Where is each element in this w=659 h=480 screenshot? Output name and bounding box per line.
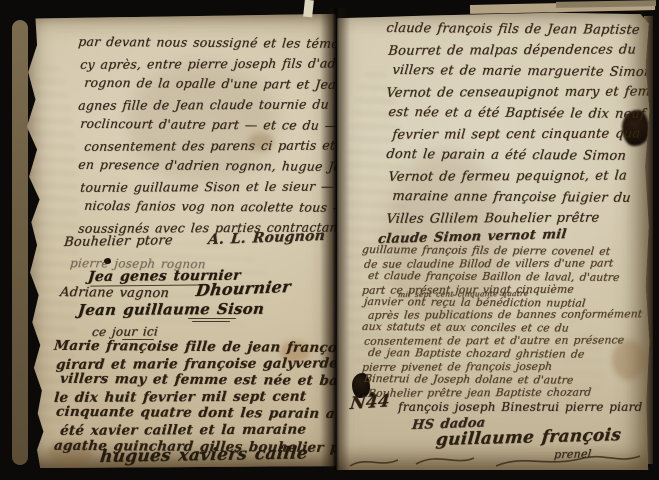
- signature-caille: hugues xaviers caille: [99, 443, 309, 467]
- signature-binestrui: françois joseph Binestrui pierre piard: [398, 400, 642, 414]
- manuscript-line: par devant nous soussigné et les témoins: [77, 34, 336, 57]
- manuscript-line: Vernot de fermeu pequignot, et la: [387, 168, 650, 190]
- manuscript-line: roclincourt d'autre part — et ce du —: [79, 116, 336, 139]
- left-entry2-paragraph: Marie françoise fille de jean françois g…: [56, 339, 336, 455]
- manuscript-line: rognon de la opalle d'une part et Jeanne: [83, 75, 336, 98]
- manuscript-line: est née et a été Baptisée le dix neuf: [387, 105, 650, 128]
- page-stack-edge-left: [12, 20, 28, 465]
- manuscript-line: consentement des parens ci partis et d'a…: [83, 137, 336, 159]
- manuscript-line: fevrier mil sept cent cinquante qua: [391, 126, 650, 148]
- signature-vagnon: Adriane vagnon: [59, 285, 169, 301]
- manuscript-line: été xavier caillet et la maraine: [59, 421, 336, 439]
- right-page: claude françois fils de Jean Baptiste Bo…: [336, 10, 650, 470]
- manuscript-line: villers may et femme est née et baptisée: [59, 371, 336, 390]
- manuscript-line: claude françois fils de Jean Baptiste: [385, 21, 650, 44]
- manuscript-line: tournie guillaume Sison et le sieur —: [79, 178, 336, 200]
- manuscript-line: Marie françoise fille de jean françois: [53, 338, 336, 357]
- signature-flourish: [346, 450, 646, 470]
- manuscript-line: Vernot de censeaupignot mary et femme: [385, 84, 650, 106]
- right-entry2-paragraph: guillaume françois fils de pierre covene…: [364, 244, 642, 399]
- signature-guillaume-francois: guillaume françois: [435, 425, 622, 450]
- manuscript-line: en presence d'adrien rognon, hugue Josep…: [77, 157, 336, 180]
- manuscript-line: villers et de marie marguerite Simon: [391, 63, 650, 86]
- manuscript-scan: par devant nous soussigné et les témoins…: [0, 0, 659, 480]
- manuscript-line: Bouhelier prêtre jean Baptiste chozard: [367, 385, 642, 399]
- entry-heading: ce jour ici: [91, 324, 158, 339]
- signature-dhournier: Dhournier: [195, 277, 292, 300]
- manuscript-line: nicolas fanios vog non acolette tous —: [83, 198, 336, 221]
- gutter-paper-sliver: [303, 0, 314, 17]
- right-entry1-paragraph: claude françois fils de Jean Baptiste Bo…: [388, 22, 650, 232]
- signature-sison: Jean guillaume Sison: [77, 300, 265, 319]
- book-gutter-shadow: [320, 8, 350, 470]
- left-entry1-paragraph: par devant nous soussigné et les témoins…: [80, 35, 336, 240]
- manuscript-line: cinquante quatre dont les parain a: [55, 404, 336, 423]
- manuscript-line: agnes fille de Jean claude tournie du: [77, 96, 336, 118]
- manuscript-line: dont le parain a été claude Simon: [385, 147, 650, 170]
- interline-note: mil sept cent cinquante quatre: [398, 289, 529, 299]
- margin-entry-number: N44: [349, 391, 391, 414]
- left-page: par devant nous soussigné et les témoins…: [18, 13, 336, 468]
- manuscript-line: maraine anne françoise fuigier du: [391, 189, 650, 212]
- manuscript-line: cy après, entre pierre joseph fils d'adr…: [79, 55, 336, 77]
- manuscript-line: Bourret de malpas dépendences du: [387, 42, 650, 64]
- signature-priest: Bouhelier ptore: [63, 233, 173, 250]
- signature-rougnon: A. L. Rougnon: [207, 228, 326, 248]
